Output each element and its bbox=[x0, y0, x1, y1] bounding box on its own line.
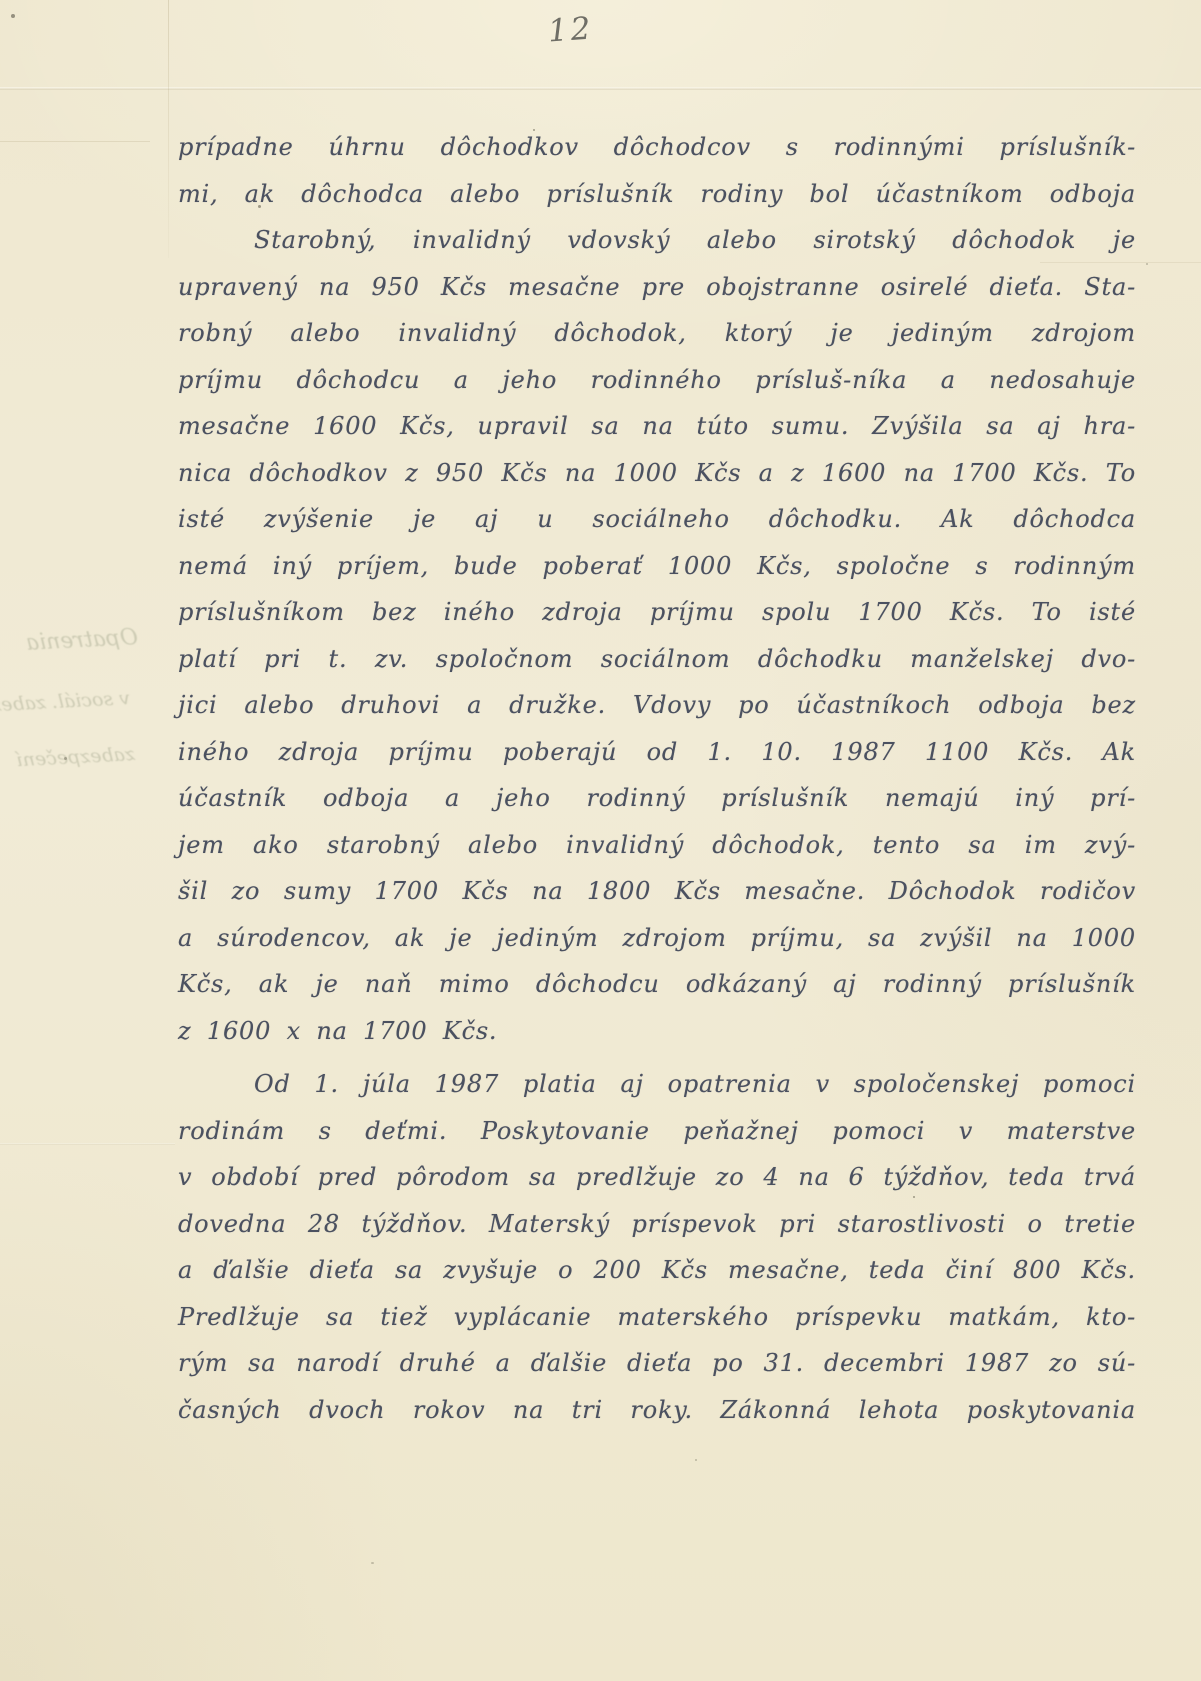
text-line: účastník odboja a jeho rodinný príslušní… bbox=[178, 775, 1136, 822]
text-line: nemá iný príjem, bude poberať 1000 Kčs, … bbox=[178, 543, 1136, 590]
text-line: časných dvoch rokov na tri roky. Zákonná… bbox=[178, 1387, 1136, 1434]
text-line: v období pred pôrodom sa predlžuje zo 4 … bbox=[178, 1154, 1136, 1201]
bleedthrough-text: Opatrenia bbox=[0, 625, 139, 660]
text-line: prípadne úhrnu dôchodkov dôchodcov s rod… bbox=[178, 124, 1136, 171]
text-line: nica dôchodkov z 950 Kčs na 1000 Kčs a z… bbox=[178, 450, 1136, 497]
text-line: Kčs, ak je naň mimo dôchodcu odkázaný aj… bbox=[178, 961, 1136, 1008]
text-line: upravený na 950 Kčs mesačne pre obojstra… bbox=[178, 264, 1136, 311]
text-line: rým sa narodí druhé a ďalšie dieťa po 31… bbox=[178, 1340, 1136, 1387]
text-line: a súrodencov, ak je jediným zdrojom príj… bbox=[178, 915, 1136, 962]
text-line: platí pri t. zv. spoločnom sociálnom dôc… bbox=[178, 636, 1136, 683]
bleedthrough-text: v sociál. zabez. bbox=[0, 687, 130, 719]
text-line paragraph-start: Starobný, invalidný vdovský alebo sirots… bbox=[178, 217, 1136, 264]
scanned-document-page: { "page": { "number": "12", "language": … bbox=[0, 0, 1201, 1681]
text-line: jici alebo druhovi a družke. Vdovy po úč… bbox=[178, 682, 1136, 729]
bleedthrough-text: zabezpečení bbox=[0, 743, 135, 775]
handwritten-text-block: prípadne úhrnu dôchodkov dôchodcov s rod… bbox=[178, 124, 1136, 1433]
page-number: 12 bbox=[547, 10, 595, 49]
text-line: robný alebo invalidný dôchodok, ktorý je… bbox=[178, 310, 1136, 357]
paper-speck bbox=[695, 1459, 697, 1461]
text-line: rodinám s deťmi. Poskytovanie peňažnej p… bbox=[178, 1108, 1136, 1155]
text-line paragraph-start: Od 1. júla 1987 platia aj opatrenia v sp… bbox=[178, 1061, 1136, 1108]
paper-speck bbox=[371, 1562, 374, 1564]
text-line: iného zdroja príjmu poberajú od 1. 10. 1… bbox=[178, 729, 1136, 776]
paper-crease-short bbox=[0, 1143, 175, 1145]
text-line: jem ako starobný alebo invalidný dôchodo… bbox=[178, 822, 1136, 869]
paper-crease-short bbox=[0, 141, 150, 142]
paper-crease-vertical bbox=[168, 0, 169, 258]
text-line: isté zvýšenie je aj u sociálneho dôchodk… bbox=[178, 496, 1136, 543]
text-line: a ďalšie dieťa sa zvyšuje o 200 Kčs mesa… bbox=[178, 1247, 1136, 1294]
text-line: dovedna 28 týždňov. Materský príspevok p… bbox=[178, 1201, 1136, 1248]
text-line: príjmu dôchodcu a jeho rodinného prísluš… bbox=[178, 357, 1136, 404]
paper-speck bbox=[1146, 263, 1148, 265]
text-line: mi, ak dôchodca alebo príslušník rodiny … bbox=[178, 171, 1136, 218]
paper-speck bbox=[11, 14, 15, 18]
text-line paragraph-end: z 1600 x na 1700 Kčs. bbox=[178, 1008, 1136, 1055]
text-line: šil zo sumy 1700 Kčs na 1800 Kčs mesačne… bbox=[178, 868, 1136, 915]
text-line: Predlžuje sa tiež vyplácanie materského … bbox=[178, 1294, 1136, 1341]
paper-crease-horizontal bbox=[0, 87, 1201, 90]
text-line: mesačne 1600 Kčs, upravil sa na túto sum… bbox=[178, 403, 1136, 450]
text-line: príslušníkom bez iného zdroja príjmu spo… bbox=[178, 589, 1136, 636]
